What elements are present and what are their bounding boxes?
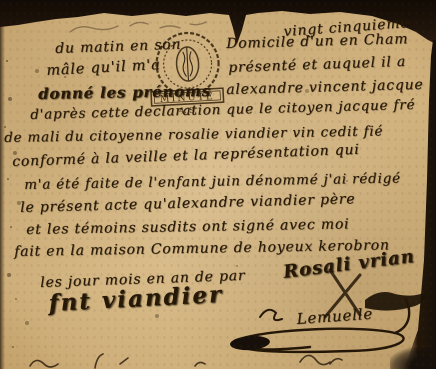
manuscript-line: et les témoins susdits ont signé avec mo… (26, 216, 350, 238)
manuscript-line: Domicile d'un en Cham (226, 31, 408, 52)
manuscript-line: présenté et auquel il a (228, 54, 406, 76)
manuscript-page: MINUTE 4. S. vingt cinquieme du matin en… (0, 0, 436, 369)
manuscript-line: le présent acte qu'alexandre viandier pè… (20, 191, 356, 216)
ink-blot (365, 292, 426, 311)
cut-off-bottom-line (0, 350, 436, 369)
left-page-edge (0, 26, 5, 369)
ink-specks (6, 60, 8, 62)
manuscript-line: m'a été faite de l'enfant juin dénommé j… (24, 170, 401, 193)
manuscript-line: donné les prénoms (38, 82, 211, 103)
manuscript-line: conformé à la veille et la représentatio… (12, 142, 360, 170)
manuscript-line: alexandre vincent jacque (226, 77, 424, 98)
